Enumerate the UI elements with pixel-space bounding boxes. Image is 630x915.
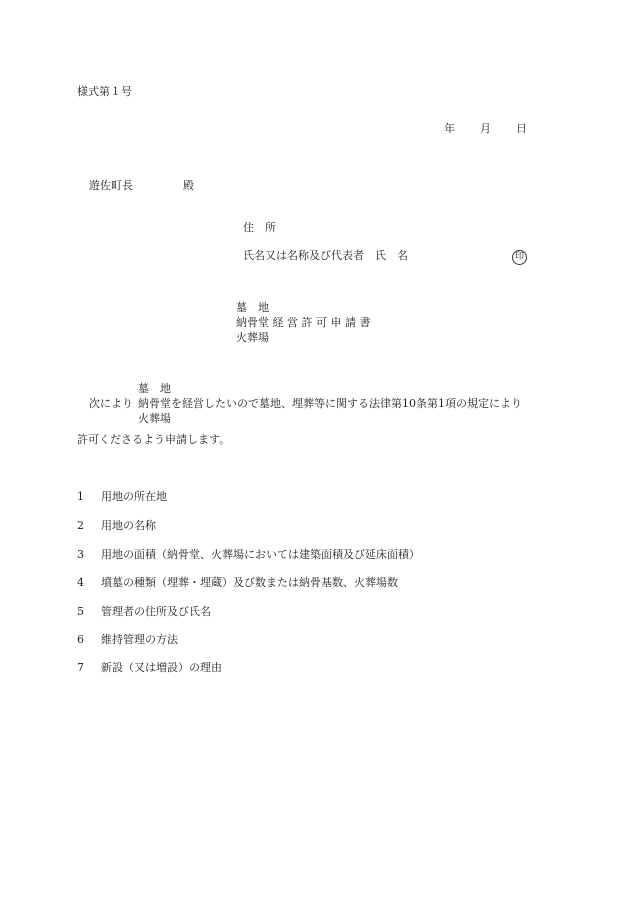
list-item: 2用地の名称 [77, 519, 156, 533]
item-number: 2 [77, 519, 101, 533]
addressee-name: 遊佐町長 [89, 179, 133, 193]
date-year-label: 年 [444, 122, 455, 136]
list-item: 3用地の面積（納骨堂、火葬場においては建築面積及び延床面積） [77, 548, 420, 562]
item-text: 用地の所在地 [101, 490, 167, 503]
item-text: 墳墓の種類（埋葬・埋蔵）及び数または納骨基数、火葬場数 [101, 576, 398, 589]
document-title: 納骨堂 経 営 許 可 申 請 書 [236, 316, 370, 330]
title-option-cemetery: 墓 地 [236, 301, 269, 315]
body-line-prefix: 次により [89, 397, 133, 411]
list-item: 6維持管理の方法 [77, 633, 178, 647]
list-item: 1用地の所在地 [77, 490, 167, 504]
item-number: 4 [77, 576, 101, 590]
date-month-label: 月 [480, 122, 491, 136]
item-text: 維持管理の方法 [101, 633, 178, 646]
item-text: 用地の名称 [101, 519, 156, 532]
item-text: 管理者の住所及び氏名 [101, 605, 211, 618]
item-number: 7 [77, 661, 101, 675]
list-item: 4墳墓の種類（埋葬・埋蔵）及び数または納骨基数、火葬場数 [77, 576, 398, 590]
item-text: 用地の面積（納骨堂、火葬場においては建築面積及び延床面積） [101, 548, 420, 561]
item-number: 6 [77, 633, 101, 647]
item-number: 3 [77, 548, 101, 562]
list-item: 7新設（又は増設）の理由 [77, 661, 222, 675]
seal-mark: 印 [512, 249, 527, 265]
body-line-main: 納骨堂を経営したいので墓地、埋葬等に関する法律第10条第1項の規定により [138, 397, 522, 411]
body-line-2: 許可くださるよう申請します。 [77, 433, 230, 447]
addressee-honorific: 殿 [183, 179, 194, 193]
body-option-crematorium: 火葬場 [138, 412, 171, 426]
applicant-address-label: 住 所 [243, 221, 276, 235]
form-number: 様式第１号 [77, 85, 132, 99]
body-option-cemetery: 墓 地 [138, 382, 171, 396]
list-item: 5管理者の住所及び氏名 [77, 605, 211, 619]
date-day-label: 日 [516, 122, 527, 136]
item-number: 5 [77, 605, 101, 619]
applicant-name-label: 氏名又は名称及び代表者 氏 名 [243, 249, 408, 263]
item-text: 新設（又は増設）の理由 [101, 661, 222, 674]
item-number: 1 [77, 490, 101, 504]
title-option-crematorium: 火葬場 [236, 331, 269, 345]
seal-icon: 印 [512, 250, 527, 265]
